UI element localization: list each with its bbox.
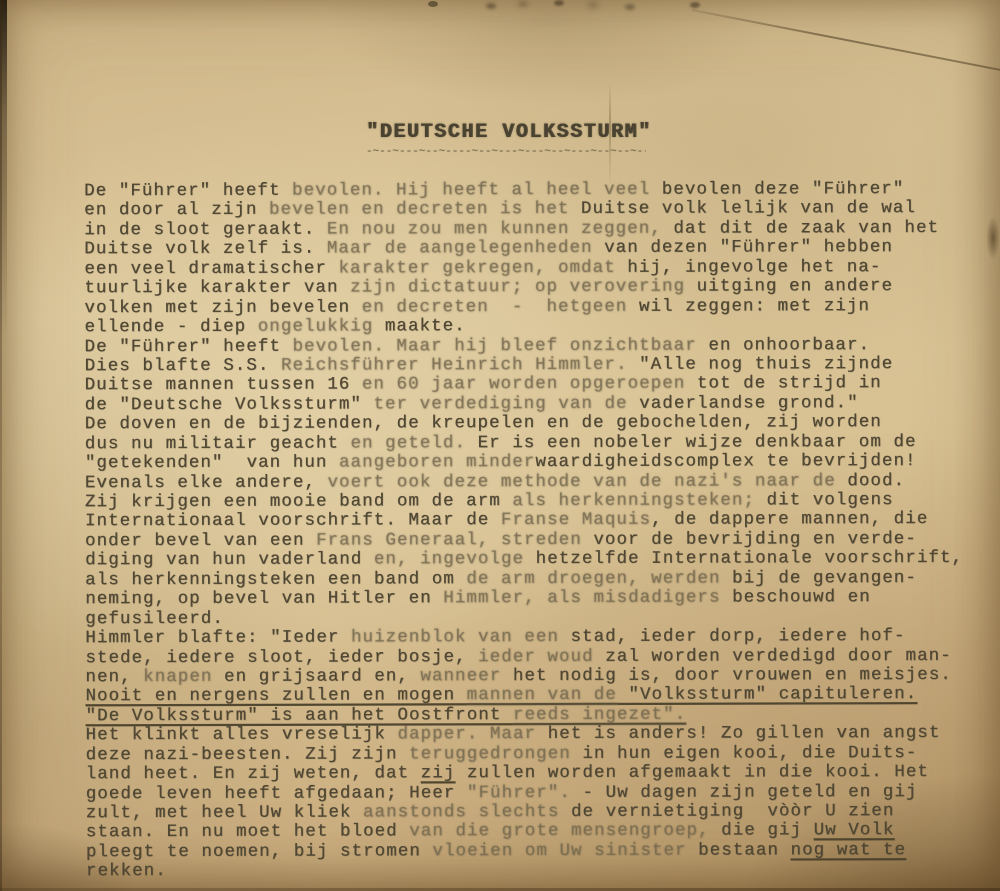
typed-line: Nooit en nergens zullen en mogen mannen … [85,685,990,707]
document-page: "DEUTSCHE VOLKSSTURM" -~--~---~--~----~-… [0,0,1000,891]
document-body: De "Führer" heeft bevolen. Hij heeft al … [84,180,991,882]
title-underline: -~--~---~--~----~--~---~---~--~---~--~--… [366,147,646,157]
scan-edge-left-line [0,0,2,891]
fold-crease-diagonal [692,9,1000,74]
typed-line: volken met zijn bevelen en decreten - he… [84,296,989,318]
typed-line: neming, op bevel van Hitler en Himmler, … [85,588,990,610]
typed-line: rekken. [86,860,991,882]
ink-smudge-top [428,1,438,7]
typed-line: pleegt te noemen, bij stromen vloeien om… [86,841,991,863]
document-title: "DEUTSCHE VOLKSSTURM" [366,121,652,144]
